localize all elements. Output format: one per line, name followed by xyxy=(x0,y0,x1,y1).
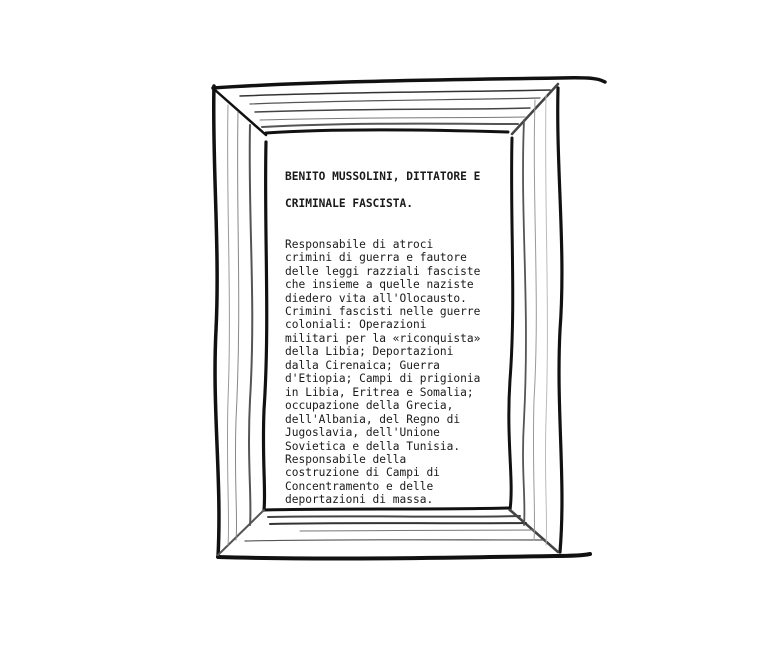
body-line: diedero vita all'Olocausto. xyxy=(285,292,515,305)
body-line: deportazioni di massa. xyxy=(285,493,515,506)
body-line: in Libia, Eritrea e Somalia; xyxy=(285,386,515,399)
body-line: crimini di guerra e fautore xyxy=(285,251,515,264)
body-line: delle leggi razziali fasciste xyxy=(285,265,515,278)
title-line: BENITO MUSSOLINI, DITTATORE E xyxy=(285,170,515,183)
frame-inner-bottom xyxy=(264,508,510,510)
frame-outer-right xyxy=(558,88,562,552)
body-line: dell'Albania, del Regno di xyxy=(285,413,515,426)
frame-inner-left xyxy=(263,142,266,510)
frame-inner-top xyxy=(266,130,508,133)
body-line: Responsabile di atroci xyxy=(285,238,515,251)
body-line: coloniali: Operazioni xyxy=(285,318,515,331)
plaque-title: BENITO MUSSOLINI, DITTATORE E CRIMINALE … xyxy=(285,157,515,224)
body-line: d'Etiopia; Campi di prigionia xyxy=(285,372,515,385)
body-line: costruzione di Campi di xyxy=(285,466,515,479)
body-line: dalla Cirenaica; Guerra xyxy=(285,359,515,372)
body-line: occupazione della Grecia, xyxy=(285,399,515,412)
frame-outer-bottom xyxy=(218,554,590,559)
body-line: Crimini fascisti nelle guerre xyxy=(285,305,515,318)
body-line: militari per la «riconquista» xyxy=(285,332,515,345)
body-line: Concentramento e delle xyxy=(285,480,515,493)
frame-outer-left xyxy=(214,86,219,557)
body-line: Jugoslavia, dell'Unione xyxy=(285,426,515,439)
plaque-text: BENITO MUSSOLINI, DITTATORE E CRIMINALE … xyxy=(285,157,515,507)
frame-outer-top xyxy=(213,78,605,88)
body-line: che insieme a quelle naziste xyxy=(285,278,515,291)
body-line: Sovietica e della Tunisia. xyxy=(285,440,515,453)
body-line: della Libia; Deportazioni xyxy=(285,345,515,358)
plaque-body: Responsabile di atrocicrimini di guerra … xyxy=(285,238,515,507)
title-line: CRIMINALE FASCISTA. xyxy=(285,197,515,210)
body-line: Responsabile della xyxy=(285,453,515,466)
